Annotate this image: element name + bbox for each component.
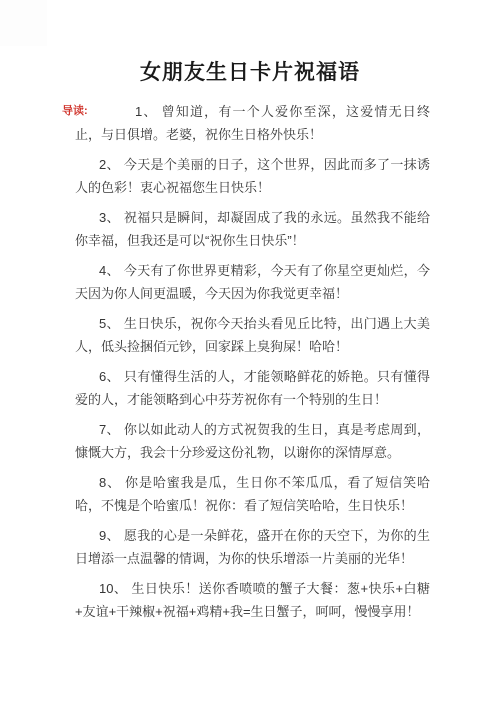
paragraph: 3、祝福只是瞬间，却凝固成了我的永远。虽然我不能给你幸福，但我还是可以“祝你生日… (75, 206, 430, 252)
paragraph-number: 5、 (99, 316, 124, 331)
paragraph-number: 10、 (99, 581, 131, 596)
page-title: 女朋友生日卡片祝福语 (0, 58, 500, 88)
paragraph-text: 愿我的心是一朵鲜花，盛开在你的天空下，为你的生日增添一点温馨的情调，为你的快乐增… (75, 528, 430, 566)
paragraph: 6、只有懂得生活的人，才能领略鲜花的娇艳。只有懂得爱的人，才能领略到心中芬芳祝你… (75, 365, 430, 411)
document-page: 女朋友生日卡片祝福语 导读: 1、曾知道，有一个人爱你至深，这爱情无日终止，与日… (0, 0, 500, 708)
paragraph: 10、生日快乐！送你香喷喷的蟹子大餐：葱+快乐+白糖+友谊+干辣椒+祝福+鸡精+… (75, 577, 430, 623)
paragraph-text: 你是哈蜜我是瓜，生日你不笨瓜瓜，看了短信笑哈哈，不愧是个哈蜜瓜！祝你：看了短信笑… (75, 475, 430, 513)
lead-label: 导读: (62, 104, 88, 118)
paragraph-text: 只有懂得生活的人，才能领略鲜花的娇艳。只有懂得爱的人，才能领略到心中芬芳祝你有一… (75, 369, 430, 407)
article-body: 导读: 1、曾知道，有一个人爱你至深，这爱情无日终止，与日俱增。老婆，祝你生日格… (75, 100, 430, 623)
paragraph: 2、今天是个美丽的日子，这个世界，因此而多了一抹诱人的色彩！衷心祝福您生日快乐！ (75, 153, 430, 199)
paragraph-number: 7、 (99, 422, 124, 437)
paragraph-number: 9、 (99, 528, 124, 543)
paragraph-number: 8、 (99, 475, 125, 490)
paragraph: 5、生日快乐，祝你今天抬头看见丘比特，出门遇上大美人，低头捡捆佰元钞，回家踩上臭… (75, 312, 430, 358)
paragraph-text: 今天是个美丽的日子，这个世界，因此而多了一抹诱人的色彩！衷心祝福您生日快乐！ (75, 157, 430, 195)
corner-shade (0, 0, 47, 46)
paragraph-text: 祝福只是瞬间，却凝固成了我的永远。虽然我不能给你幸福，但我还是可以“祝你生日快乐… (75, 210, 430, 248)
paragraph-text: 曾知道，有一个人爱你至深，这爱情无日终止，与日俱增。老婆，祝你生日格外快乐！ (75, 104, 430, 142)
paragraph: 1、曾知道，有一个人爱你至深，这爱情无日终止，与日俱增。老婆，祝你生日格外快乐！ (75, 100, 430, 146)
paragraph: 9、愿我的心是一朵鲜花，盛开在你的天空下，为你的生日增添一点温馨的情调，为你的快… (75, 524, 430, 570)
paragraph-text: 今天有了你世界更精彩，今天有了你星空更灿烂，今天因为你人间更温暖，今天因为你我觉… (75, 263, 430, 301)
paragraph-number: 3、 (99, 210, 124, 225)
paragraph: 8、你是哈蜜我是瓜，生日你不笨瓜瓜，看了短信笑哈哈，不愧是个哈蜜瓜！祝你：看了短… (75, 471, 430, 517)
paragraph-number: 2、 (99, 157, 124, 172)
paragraph: 7、你以如此动人的方式祝贺我的生日，真是考虑周到，慷慨大方，我会十分珍爱这份礼物… (75, 418, 430, 464)
paragraph-number: 1、 (135, 104, 162, 119)
paragraph: 4、今天有了你世界更精彩，今天有了你星空更灿烂，今天因为你人间更温暖，今天因为你… (75, 259, 430, 305)
paragraph-number: 4、 (99, 263, 124, 278)
paragraph-text: 生日快乐，祝你今天抬头看见丘比特，出门遇上大美人，低头捡捆佰元钞，回家踩上臭狗屎… (75, 316, 430, 354)
paragraph-number: 6、 (99, 369, 124, 384)
paragraph-text: 你以如此动人的方式祝贺我的生日，真是考虑周到，慷慨大方，我会十分珍爱这份礼物，以… (75, 422, 430, 460)
